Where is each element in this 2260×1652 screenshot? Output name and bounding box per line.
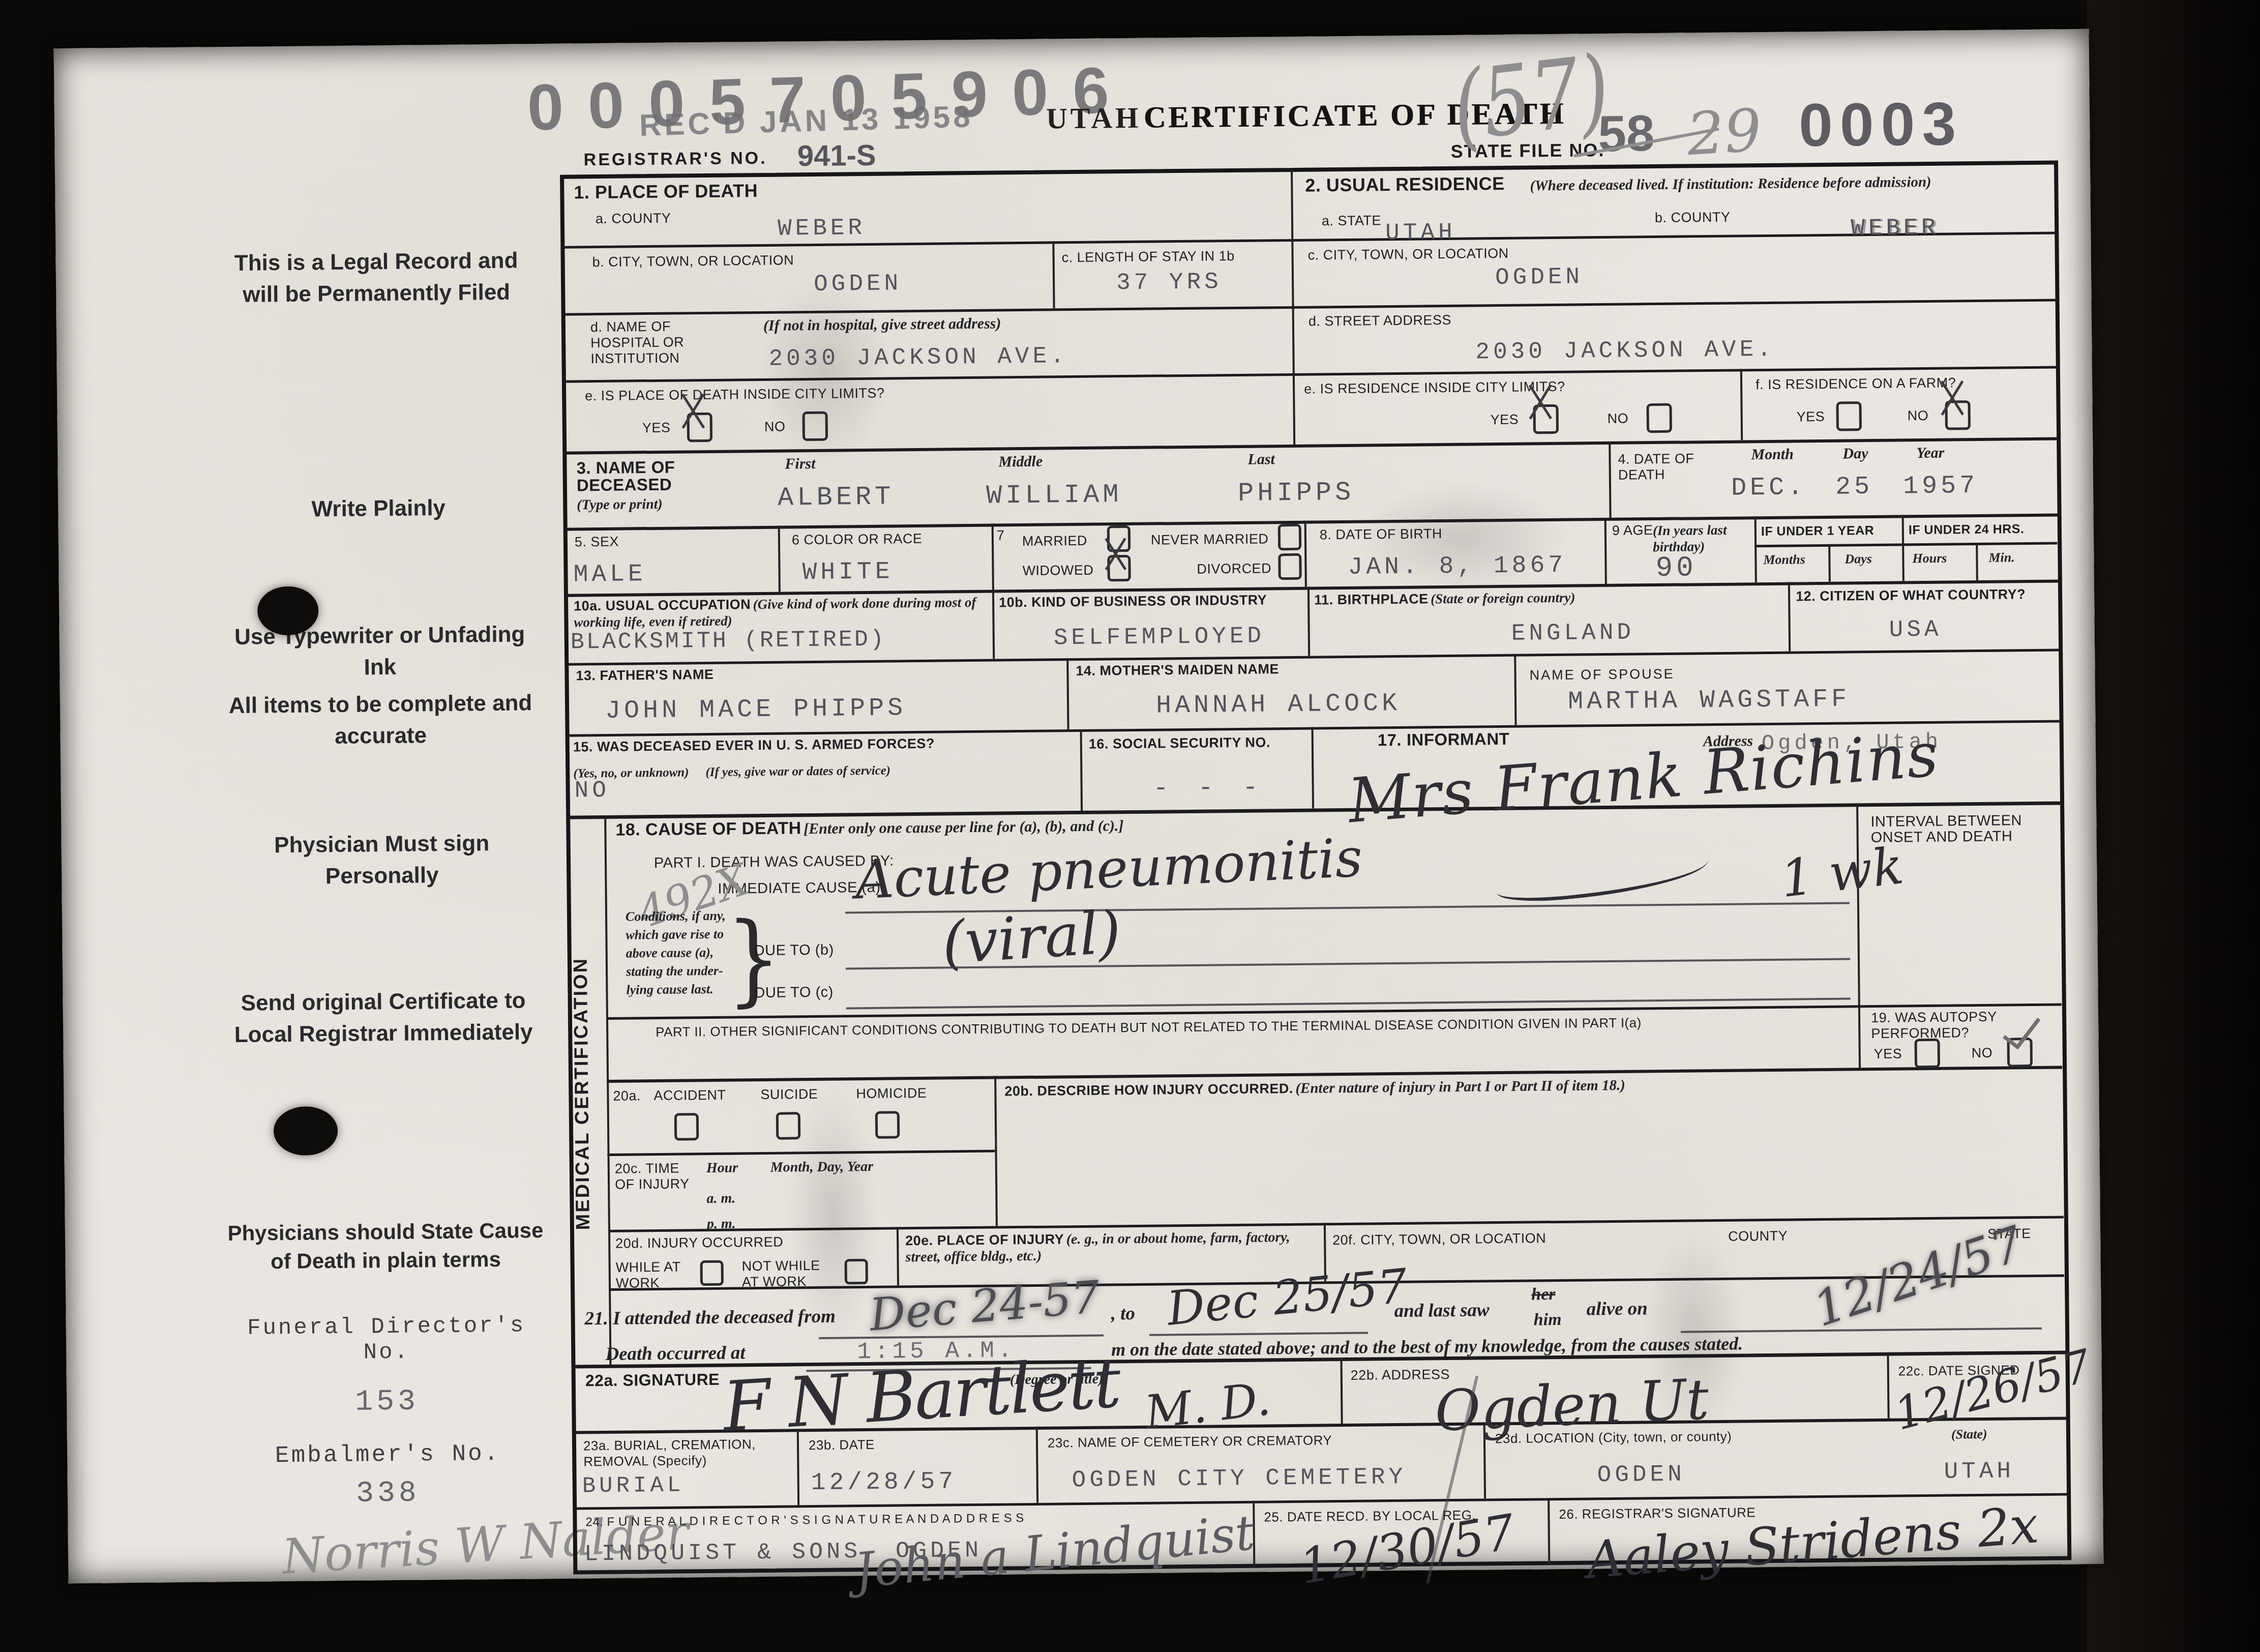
field-7-married-label: MARRIED: [1022, 533, 1087, 549]
field-20c-hour-label: Hour: [706, 1160, 738, 1176]
field-7-widowed-xmark: [1102, 538, 1127, 570]
field-3-last-label: Last: [1247, 451, 1275, 468]
field-spouse-label: NAME OF SPOUSE: [1529, 666, 1674, 684]
field-1d-value: 2030 JACKSON AVE.: [768, 343, 1068, 372]
title-state: UTAH: [1046, 101, 1142, 135]
state-file-crossed-58: 58: [1598, 104, 1655, 163]
punch-hole-bottom: [274, 1106, 338, 1156]
conditions-line: stating the under-: [626, 962, 733, 981]
field-13-value: JOHN MACE PHIPPS: [605, 694, 907, 726]
field-1b-label: b. CITY, TOWN, OR LOCATION: [592, 252, 794, 270]
field-10a-value: BLACKSMITH (RETIRED): [571, 627, 886, 656]
field-9-hint: (In years last birthday): [1653, 521, 1760, 555]
field-20d-while-label: WHILE AT WORK: [616, 1259, 698, 1291]
field-18-due-c-label: DUE TO (c): [754, 985, 834, 1001]
field-15-value: NO: [574, 777, 610, 804]
field-3-middle-label: Middle: [998, 454, 1043, 470]
embalmers-no-value: 338: [225, 1476, 551, 1512]
field-23b-label: 23b. DATE: [809, 1437, 875, 1453]
field-2b-label: b. COUNTY: [1655, 210, 1731, 226]
sidebar-note-complete: All items to be complete and accurate: [218, 687, 544, 753]
field-21-death-occurred: Death occurred at: [605, 1345, 746, 1363]
field-2-title: 2. USUAL RESIDENCE: [1305, 175, 1505, 194]
field-20a-suicide-label: SUICIDE: [760, 1086, 818, 1103]
sidebar-note-write-plainly: Write Plainly: [216, 491, 542, 526]
field-6-label: 6 COLOR OR RACE: [792, 531, 923, 548]
field-2e-no-label: NO: [1608, 411, 1629, 427]
field-18-conditions-note: Conditions, if any, which gave rise to a…: [626, 907, 733, 999]
field-20c-pm-label: p. m.: [707, 1216, 736, 1233]
field-20d-notwhile-label: NOT WHILE AT WORK: [742, 1258, 839, 1290]
field-20b-label: 20b. DESCRIBE HOW INJURY OCCURRED.: [1004, 1081, 1293, 1099]
conditions-line: above cause (a),: [626, 943, 733, 963]
field-9-hours-label: Hours: [1912, 550, 1947, 567]
field-21-mid-text: and last saw: [1394, 1302, 1489, 1319]
field-2f-no-xmark: [1938, 380, 1965, 416]
field-12-value: USA: [1889, 616, 1942, 643]
conditions-line: which gave rise to: [626, 925, 732, 945]
field-14-label: 14. MOTHER'S MAIDEN NAME: [1076, 661, 1279, 679]
sidebar-note-plain-terms: Physicians should State Cause of Death i…: [223, 1216, 549, 1276]
field-15-hint2: (If yes, give war or dates of service): [705, 763, 890, 781]
field-2e-no-checkbox: [1646, 403, 1672, 433]
field-20e-label-block: 20e. PLACE OF INJURY (e. g., in or about…: [905, 1229, 1307, 1266]
field-19-yes-label: YES: [1874, 1046, 1902, 1062]
field-2e-yes-label: YES: [1491, 412, 1519, 428]
field-1e-no-checkbox: [802, 411, 828, 441]
field-20a-homicide-checkbox: [875, 1111, 900, 1138]
funeral-directors-no-label: Funeral Director's No.: [224, 1313, 550, 1367]
field-1e-no-label: NO: [764, 419, 786, 435]
field-1e-label: e. IS PLACE OF DEATH INSIDE CITY LIMITS?: [585, 386, 884, 404]
field-9-under24hr-label: IF UNDER 24 HRS.: [1909, 520, 2025, 539]
sidebar-note-physician-sign: Physician Must sign Personally: [219, 827, 545, 893]
field-19-yes-checkbox: [1914, 1039, 1940, 1068]
field-23b-value: 12/28/57: [811, 1468, 957, 1497]
field-20e-label: 20e. PLACE OF INJURY: [905, 1231, 1064, 1248]
registrars-no-label: REGISTRAR'S NO.: [584, 150, 767, 168]
field-2f-label: f. IS RESIDENCE ON A FARM?: [1756, 375, 1956, 393]
field-20a-number: 20a.: [613, 1088, 641, 1104]
field-20f-label: 20f. CITY, TOWN, OR LOCATION: [1332, 1230, 1546, 1248]
field-3-first-value: ALBERT: [778, 482, 895, 513]
field-1a-label: a. COUNTY: [596, 211, 671, 227]
field-1e-yes-xmark: [678, 393, 705, 429]
field-9-days-label: Days: [1845, 551, 1872, 568]
field-20c-label: 20c. TIME OF INJURY: [615, 1160, 702, 1193]
field-12-label: 12. CITIZEN OF WHAT COUNTRY?: [1796, 586, 2026, 604]
field-7-never-married-label: NEVER MARRIED: [1151, 531, 1269, 548]
field-20c-mdy-label: Month, Day, Year: [770, 1159, 874, 1176]
field-21-to-label: , to: [1111, 1306, 1135, 1322]
field-1d-hint: (If not in hospital, give street address…: [763, 315, 1001, 334]
field-18-title: 18. CAUSE OF DEATH: [615, 818, 801, 840]
field-13-label: 13. FATHER'S NAME: [576, 667, 713, 684]
field-10b-label: 10b. KIND OF BUSINESS OR INDUSTRY: [999, 592, 1304, 611]
field-23a-label: 23a. BURIAL, CREMATION, REMOVAL (Specify…: [583, 1436, 782, 1470]
sidebar-note-send-original: Send original Certificate to Local Regis…: [220, 985, 546, 1051]
field-20d-while-checkbox: [700, 1260, 724, 1286]
field-20c-am-label: a. m.: [706, 1191, 735, 1207]
field-20a-accident-label: ACCIDENT: [653, 1087, 726, 1104]
field-1d-label: d. NAME OF HOSPITAL OR INSTITUTION: [590, 318, 733, 367]
field-1e-yes-label: YES: [642, 420, 671, 436]
field-4-month-label: Month: [1751, 446, 1794, 463]
field-1c-value: 37 YRS: [1116, 269, 1222, 296]
field-5-value: MALE: [573, 560, 646, 588]
field-2d-label: d. STREET ADDRESS: [1309, 312, 1451, 330]
field-5-label: 5. SEX: [575, 534, 619, 550]
field-19-no-label: NO: [1972, 1045, 1993, 1061]
field-18-due-b-label: DUE TO (b): [754, 942, 834, 959]
field-21-him: him: [1534, 1312, 1562, 1329]
field-23c-label: 23c. NAME OF CEMETERY OR CREMATORY: [1048, 1432, 1332, 1451]
field-spouse-value: MARTHA WAGSTAFF: [1568, 685, 1851, 716]
field-9-label: 9 AGE: [1612, 522, 1653, 539]
field-20a-suicide-checkbox: [776, 1112, 801, 1139]
field-23d-label: 23d. LOCATION (City, town, or county): [1495, 1429, 1732, 1447]
field-4-month-value: DEC.: [1731, 473, 1807, 503]
field-23d-state-value: UTAH: [1944, 1458, 2014, 1485]
field-2c-label: c. CITY, TOWN, OR LOCATION: [1307, 246, 1508, 263]
state-file-pencil-29: 29: [1685, 96, 1763, 169]
field-11-label: 11. BIRTHPLACE: [1314, 591, 1429, 607]
field-8-value: JAN. 8, 1867: [1348, 552, 1566, 581]
field-10b-value: SELFEMPLOYED: [1054, 623, 1265, 651]
field-7-widowed-label: WIDOWED: [1022, 563, 1093, 579]
embalmers-no-label: Embalmer's No.: [225, 1440, 550, 1469]
field-23c-value: OGDEN CITY CEMETERY: [1072, 1464, 1406, 1493]
field-7-divorced-label: DIVORCED: [1197, 560, 1271, 577]
field-7-divorced-checkbox: [1278, 553, 1301, 580]
field-20d-label: 20d. INJURY OCCURRED: [615, 1234, 783, 1252]
field-10a-label-block: 10a. USUAL OCCUPATION (Give kind of work…: [574, 594, 991, 631]
field-7-number: 7: [997, 527, 1005, 543]
medical-certification-strip: MEDICAL CERTIFICATION: [571, 837, 608, 1351]
registrars-no-value: 941-S: [797, 138, 876, 173]
field-23d-state-hint: (State): [1951, 1426, 1987, 1443]
field-20f-county-label: COUNTY: [1728, 1228, 1788, 1245]
funeral-directors-no-value: 153: [224, 1384, 550, 1420]
field-9-min-label: Min.: [1988, 549, 2015, 566]
field-16-value: - - -: [1153, 773, 1265, 803]
field-4-year-label: Year: [1916, 445, 1944, 462]
field-16-label: 16. SOCIAL SECURITY NO.: [1089, 734, 1270, 752]
sidebar-note-legal-record: This is a Legal Record and will be Perma…: [213, 245, 539, 311]
field-4-year-value: 1957: [1903, 471, 1979, 501]
field-2e-yes-xmark: [1526, 384, 1553, 420]
field-4-title: 4. DATE OF DEATH: [1618, 451, 1705, 483]
field-9-months-label: Months: [1763, 551, 1805, 568]
field-3-first-label: First: [785, 456, 815, 473]
field-3-title: 3. NAME OF DECEASED: [576, 458, 729, 494]
field-17-label: 17. INFORMANT: [1378, 730, 1510, 749]
field-4-day-label: Day: [1842, 446, 1868, 462]
field-4-day-value: 25: [1835, 473, 1874, 502]
field-2f-yes-label: YES: [1797, 409, 1825, 425]
field-1a-value: WEBER: [778, 215, 866, 242]
field-9-value: 90: [1655, 551, 1697, 584]
field-10a-label: 10a. USUAL OCCUPATION: [574, 597, 751, 613]
field-2a-label: a. STATE: [1322, 213, 1381, 229]
field-8-label: 8. DATE OF BIRTH: [1320, 526, 1442, 543]
field-1b-value: OGDEN: [814, 270, 902, 298]
field-3-middle-value: WILLIAM: [986, 480, 1122, 511]
field-20d-notwhile-checkbox: [845, 1259, 868, 1284]
conditions-line: Conditions, if any,: [626, 907, 732, 926]
field-11-value: ENGLAND: [1511, 619, 1635, 646]
field-9-under1yr-label: IF UNDER 1 YEAR: [1761, 522, 1875, 540]
conditions-line: lying cause last.: [626, 980, 733, 999]
field-20b-hint: (Enter nature of injury in Part I or Par…: [1295, 1077, 1625, 1097]
field-1-title: 1. PLACE OF DEATH: [574, 182, 758, 201]
field-21-text2: m on the date stated above; and to the b…: [1111, 1336, 1743, 1358]
field-2d-value: 2030 JACKSON AVE.: [1475, 336, 1775, 366]
field-2f-yes-checkbox: [1836, 401, 1862, 431]
field-2a-value: UTAH: [1385, 219, 1456, 246]
field-23a-value: BURIAL: [582, 1473, 685, 1499]
field-21-text1: 21. I attended the deceased from: [584, 1309, 836, 1327]
field-14-value: HANNAH ALCOCK: [1156, 689, 1401, 721]
field-11-hint: (State or foreign country): [1431, 590, 1575, 607]
field-18-title-hint: [Enter only one cause per line for (a), …: [804, 817, 1123, 837]
field-20a-accident-checkbox: [674, 1113, 699, 1140]
field-22a-label: 22a. SIGNATURE: [585, 1371, 720, 1390]
field-3-last-value: PHIPPS: [1238, 478, 1355, 509]
scan-dark-edge: [2087, 0, 2260, 1652]
field-3-hint: (Type or print): [577, 496, 663, 514]
field-2b-value: WEBER: [1851, 215, 1939, 242]
field-2c-value: OGDEN: [1495, 263, 1584, 291]
state-file-pencil-57: (57): [1447, 35, 1615, 163]
field-6-value: WHITE: [802, 558, 894, 586]
field-1c-label: c. LENGTH OF STAY IN 1b: [1061, 248, 1285, 265]
field-2f-no-label: NO: [1908, 408, 1929, 424]
sidebar-note-typewriter: Use Typewriter or Unfading Ink: [217, 618, 543, 685]
field-20a-homicide-label: HOMICIDE: [856, 1085, 927, 1102]
state-file-stamp-0003: 0003: [1799, 88, 1964, 160]
field-7-never-married-checkbox: [1278, 524, 1301, 550]
field-21-alive-text: alive on: [1586, 1301, 1648, 1317]
field-23d-city-value: OGDEN: [1597, 1461, 1685, 1489]
field-21-her-strikethrough: her: [1531, 1286, 1556, 1303]
certificate-paper: 0005705906 REC'D JAN 13 1958 REGISTRAR'S…: [54, 29, 2104, 1583]
